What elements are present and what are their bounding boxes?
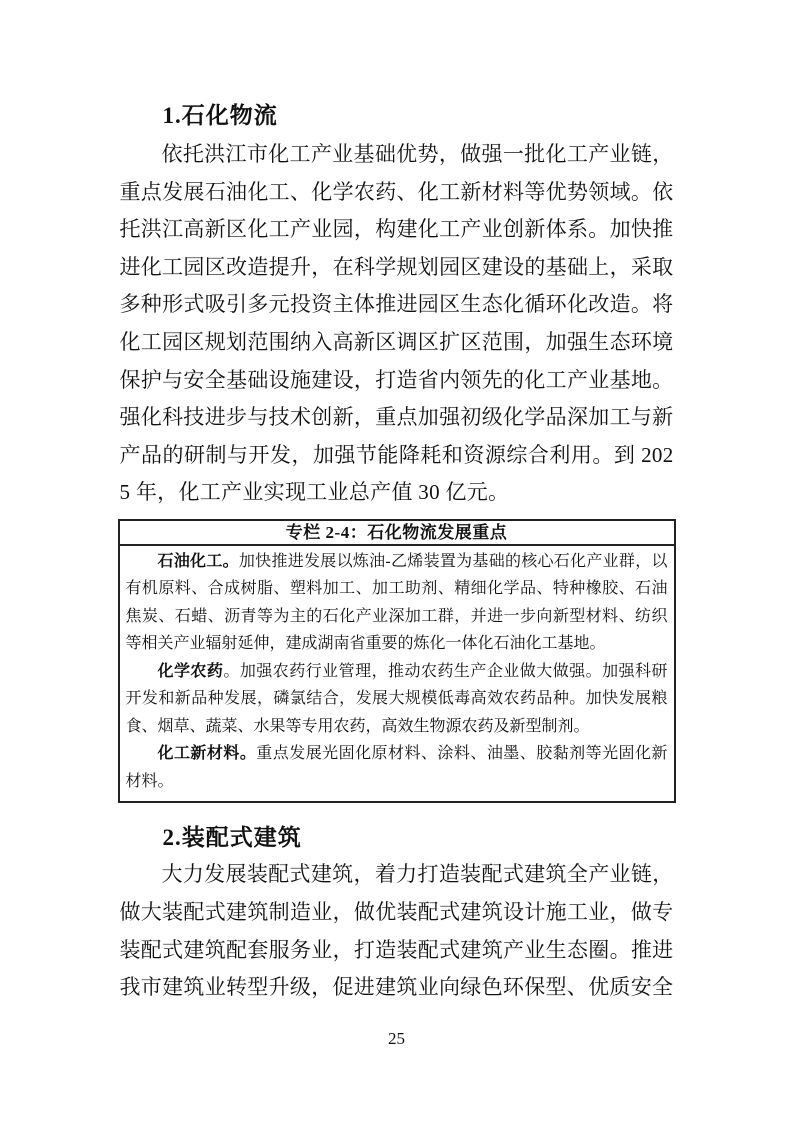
panel-body: 石油化工。加快推进发展以炼油-乙烯装置为基础的核心石化产业群，以有机原料、合成树…: [120, 546, 674, 802]
panel-item-pesticide: 化学农药。加强农药行业管理，推动农药生产企业做大做强。加强科研开发和新品种发展，…: [126, 658, 668, 741]
panel-item-lead: 石油化工。: [158, 553, 239, 570]
page-content: 1.石化物流 依托洪江市化工产业基础优势，做强一批化工产业链，重点发展石油化工、…: [120, 0, 674, 1051]
section-1-heading: 1.石化物流: [163, 101, 674, 131]
document-page: 1.石化物流 依托洪江市化工产业基础优势，做强一批化工产业链，重点发展石油化工、…: [0, 0, 793, 1122]
panel-item-lead: 化学农药: [158, 663, 224, 680]
panel-item-lead: 化工新材料。: [158, 745, 257, 762]
panel-item-petrochemical: 石油化工。加快推进发展以炼油-乙烯装置为基础的核心石化产业群，以有机原料、合成树…: [126, 548, 668, 658]
page-number: 25: [120, 1027, 674, 1051]
highlight-panel: 专栏 2-4：石化物流发展重点 石油化工。加快推进发展以炼油-乙烯装置为基础的核…: [118, 519, 676, 804]
panel-item-new-materials: 化工新材料。重点发展光固化原材料、涂料、油墨、胶黏剂等光固化新材料。: [126, 740, 668, 795]
section-2-paragraph: 大力发展装配式建筑，着力打造装配式建筑全产业链，做大装配式建筑制造业，做优装配式…: [120, 856, 674, 1006]
panel-title: 专栏 2-4：石化物流发展重点: [120, 521, 674, 546]
section-2-heading: 2.装配式建筑: [163, 823, 674, 853]
section-1-paragraph: 依托洪江市化工产业基础优势，做强一批化工产业链，重点发展石油化工、化学农药、化工…: [120, 136, 674, 512]
